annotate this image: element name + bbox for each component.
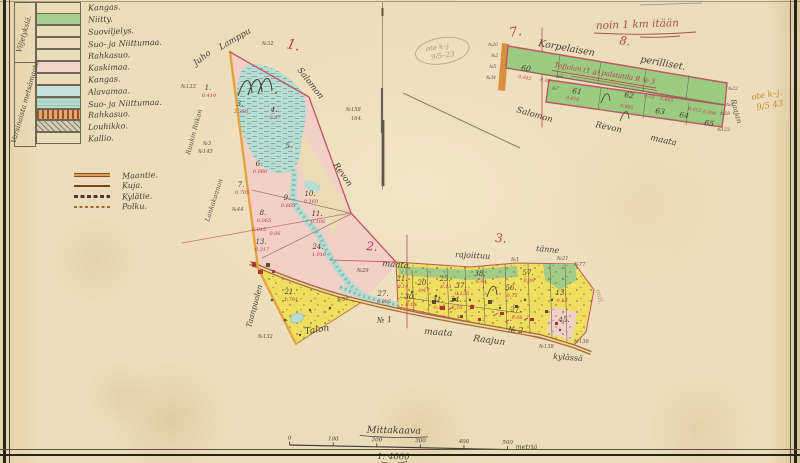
direction-note-underline: [594, 32, 696, 37]
strip-cell-number: 63: [655, 106, 666, 116]
svg-text:9.: 9.: [284, 194, 291, 202]
parcel1-number: 1.: [285, 36, 301, 54]
plot-label: 0.06: [269, 231, 281, 237]
frame-bottom-thick: [0, 454, 800, 457]
plot-label: 13. 0.13: [555, 289, 567, 304]
fold-line: [382, 2, 383, 190]
svg-text:0.11: 0.11: [433, 305, 444, 311]
svg-text:0.13: 0.13: [440, 284, 451, 290]
plot-label: 20. 0.17: [416, 279, 430, 294]
svg-text:6.: 6.: [256, 160, 263, 168]
svg-text:4.: 4.: [270, 106, 278, 114]
svg-text:0.065: 0.065: [257, 218, 271, 224]
map-drawing: noin 1 km itään 7. Korpelaisen 8. perill…: [0, 0, 800, 463]
survey-point-label: №21: [556, 256, 569, 262]
road2-label: № 2: [507, 325, 524, 335]
survey-point-label: №138: [538, 344, 555, 350]
frame-top: [0, 1, 800, 2]
survey-point-label: №3: [202, 141, 212, 147]
survey-point-label: №158: [345, 107, 362, 113]
maata-label-strip: maata: [649, 133, 677, 148]
kylassa-label: kylässä: [553, 352, 583, 363]
svg-text:0.08: 0.08: [511, 315, 522, 321]
svg-text:24.: 24.: [311, 243, 323, 251]
survey-point-label: №77: [573, 262, 586, 268]
road1-label: № 1: [376, 315, 393, 325]
strip-cell-number: 62: [624, 90, 635, 100]
strip-cell-value: 0.08: [540, 77, 551, 85]
plot-label: 27. 0.085: [376, 290, 391, 305]
pencil-note-right: ote k–j. 9/5 43: [751, 88, 785, 114]
raajun-label: Raajun: [472, 334, 506, 348]
strip-cell-number: 65: [704, 118, 715, 128]
svg-text:0.160: 0.160: [304, 199, 319, 205]
svg-text:8.: 8.: [260, 209, 267, 217]
svg-text:0.94: 0.94: [475, 279, 486, 285]
scale-tick: 0: [288, 435, 292, 445]
lamppu-label: Lamppu: [217, 26, 253, 53]
map-sheet: Viljelyksiä. Varsinaista metsämaata. Kan…: [0, 0, 800, 463]
survey-point-label: 164.: [351, 116, 363, 122]
scale-tick: 100: [328, 436, 339, 446]
svg-text:30.: 30.: [404, 293, 415, 301]
svg-text:21.: 21.: [283, 288, 295, 296]
svg-text:13.: 13.: [255, 238, 266, 246]
revon-label: Revon: [593, 120, 622, 136]
svg-text:1.016: 1.016: [312, 252, 327, 258]
svg-text:11.: 11.: [311, 210, 322, 218]
survey-point-label: №133: [180, 84, 197, 90]
svg-text:0.665: 0.665: [281, 203, 295, 209]
svg-text:0.317: 0.317: [255, 247, 270, 253]
plot-label: 31. 0.11: [432, 296, 444, 311]
plot-label: 38. 0.94: [474, 270, 486, 285]
svg-text:27.: 27.: [376, 290, 388, 298]
strip-edge-point: №20: [487, 42, 498, 48]
talon-label: Talon: [304, 324, 330, 337]
strip-edge-point: №8: [725, 102, 733, 108]
svg-text:100: 100: [328, 436, 339, 442]
svg-text:0.045: 0.045: [252, 227, 266, 233]
strip-edge-point: №123: [716, 127, 730, 133]
svg-text:200: 200: [371, 437, 383, 443]
svg-text:0.410: 0.410: [202, 93, 217, 99]
survey-point-label: №132: [257, 334, 273, 340]
salomon-label: Salomon: [515, 105, 554, 125]
pencil-note-top: ote k–j 9/5–23: [414, 34, 471, 68]
svg-text:31.: 31.: [432, 296, 443, 304]
plot-label: 27. 0.08: [509, 306, 522, 321]
scale-tick: 200: [370, 437, 382, 447]
svg-text:10.: 10.: [304, 190, 315, 198]
survey-point-label: №57: [336, 297, 349, 303]
plot-label: 1. 0.410: [202, 84, 217, 99]
survey-point-label: №29: [356, 268, 369, 274]
frame-right-thin: [790, 0, 791, 463]
svg-text:56.: 56.: [505, 284, 516, 292]
plot-label: 30. 0.16: [404, 293, 417, 308]
svg-text:0.75: 0.75: [506, 293, 517, 299]
svg-text:38.: 38.: [474, 270, 485, 278]
strip-edge-point: №6: [555, 74, 563, 80]
taanpuolen-label: Taanpuolen: [244, 284, 264, 329]
scale-tick: 400: [458, 439, 470, 449]
svg-text:0.085: 0.085: [377, 299, 391, 305]
parcel7-number: 7.: [508, 24, 523, 41]
svg-text:2.350: 2.350: [233, 109, 249, 115]
svg-text:0: 0: [288, 435, 292, 441]
survey-point-label: №32: [261, 41, 274, 47]
svg-text:0.106: 0.106: [311, 219, 326, 225]
svg-text:1.: 1.: [205, 84, 212, 92]
plot-label: 5.: [286, 142, 293, 150]
strip-cell-number: 60: [521, 63, 532, 73]
svg-text:25.: 25.: [438, 275, 450, 283]
frame-left-thin: [9, 0, 10, 463]
strip-edge-point: №2: [490, 53, 498, 59]
svg-text:0.87: 0.87: [269, 115, 281, 121]
strip-edge-point: №22: [727, 86, 738, 92]
svg-text:0.705: 0.705: [235, 190, 249, 196]
survey-point-label: №1: [510, 257, 519, 263]
west-neighbor-2: Lankakannon: [203, 178, 225, 224]
svg-text:0.10: 0.10: [451, 305, 463, 311]
svg-text:1.791: 1.791: [284, 297, 298, 303]
plot-label: 0.045: [252, 227, 266, 233]
svg-text:34.: 34.: [450, 296, 461, 304]
owner-number: 8.: [619, 33, 632, 48]
strip-cell-value: 0.045: [518, 74, 532, 82]
svg-text:27.: 27.: [509, 306, 521, 314]
pencil-diagonal-line: [403, 93, 520, 148]
plot-label: 21. 0.14: [395, 275, 408, 290]
scale-bar: Mittakaava 0 100 200 300: [287, 423, 537, 463]
raajan-side-label: Raajan: [729, 97, 743, 124]
juho-label: Juho: [190, 48, 213, 69]
svg-text:0.16: 0.16: [405, 302, 417, 308]
svg-text:5.: 5.: [286, 142, 293, 150]
osti-note: osti.: [594, 289, 605, 305]
svg-text:0.060: 0.060: [253, 169, 268, 175]
strip-edge-point: №5: [488, 64, 496, 70]
plot-label: 34. 0.10: [450, 296, 463, 311]
svg-text:400: 400: [458, 439, 470, 445]
faded-top-line: [640, 3, 702, 5]
svg-text:0.06: 0.06: [269, 231, 281, 237]
svg-text:0.09: 0.09: [523, 278, 535, 284]
svg-text:0.17: 0.17: [418, 288, 430, 294]
strip-edge-point: №7: [551, 86, 559, 92]
svg-text:500: 500: [502, 440, 513, 446]
svg-text:300: 300: [415, 438, 426, 444]
direction-note: noin 1 km itään: [596, 17, 680, 32]
svg-text:0.14: 0.14: [397, 284, 408, 290]
plot-label: 25. 0.13: [438, 275, 451, 290]
plot-label: 56. 0.75: [505, 284, 517, 299]
parcel3-number: 3.: [495, 231, 507, 246]
survey-point-label: №136: [573, 339, 590, 345]
tanne-label: tänne: [536, 244, 560, 255]
svg-text:13.: 13.: [555, 289, 566, 297]
svg-text:57.: 57.: [522, 269, 533, 277]
svg-text:20.: 20.: [416, 279, 428, 287]
frame-bottom-thin: [0, 449, 800, 450]
scale-tick: 300: [415, 438, 426, 448]
frame-left-thick: [3, 0, 6, 463]
svg-text:3.: 3.: [237, 100, 244, 108]
frame-right-thick: [794, 0, 797, 463]
svg-text:0.13: 0.13: [556, 298, 567, 304]
svg-text:45.: 45.: [557, 316, 569, 324]
survey-point-label: №44: [231, 207, 244, 213]
strip-edge-point: №58: [719, 111, 730, 117]
plot-label: 45.: [557, 316, 569, 324]
svg-text:21.: 21.: [395, 275, 407, 283]
plot-label: 57. 0.09: [522, 269, 535, 284]
maata-bottom-label: maata: [424, 327, 453, 339]
rajoittuu-label: rajoittuu: [455, 250, 491, 261]
svg-text:7.: 7.: [238, 181, 245, 189]
strip-cell-number: 61: [572, 86, 583, 96]
parcel2-number: 2.: [365, 239, 379, 254]
strip-edge-point: №34: [485, 75, 496, 81]
survey-point-label: №145: [197, 149, 213, 155]
scale-title: Mittakaava: [366, 425, 422, 437]
svg-text:37.: 37.: [455, 282, 466, 290]
